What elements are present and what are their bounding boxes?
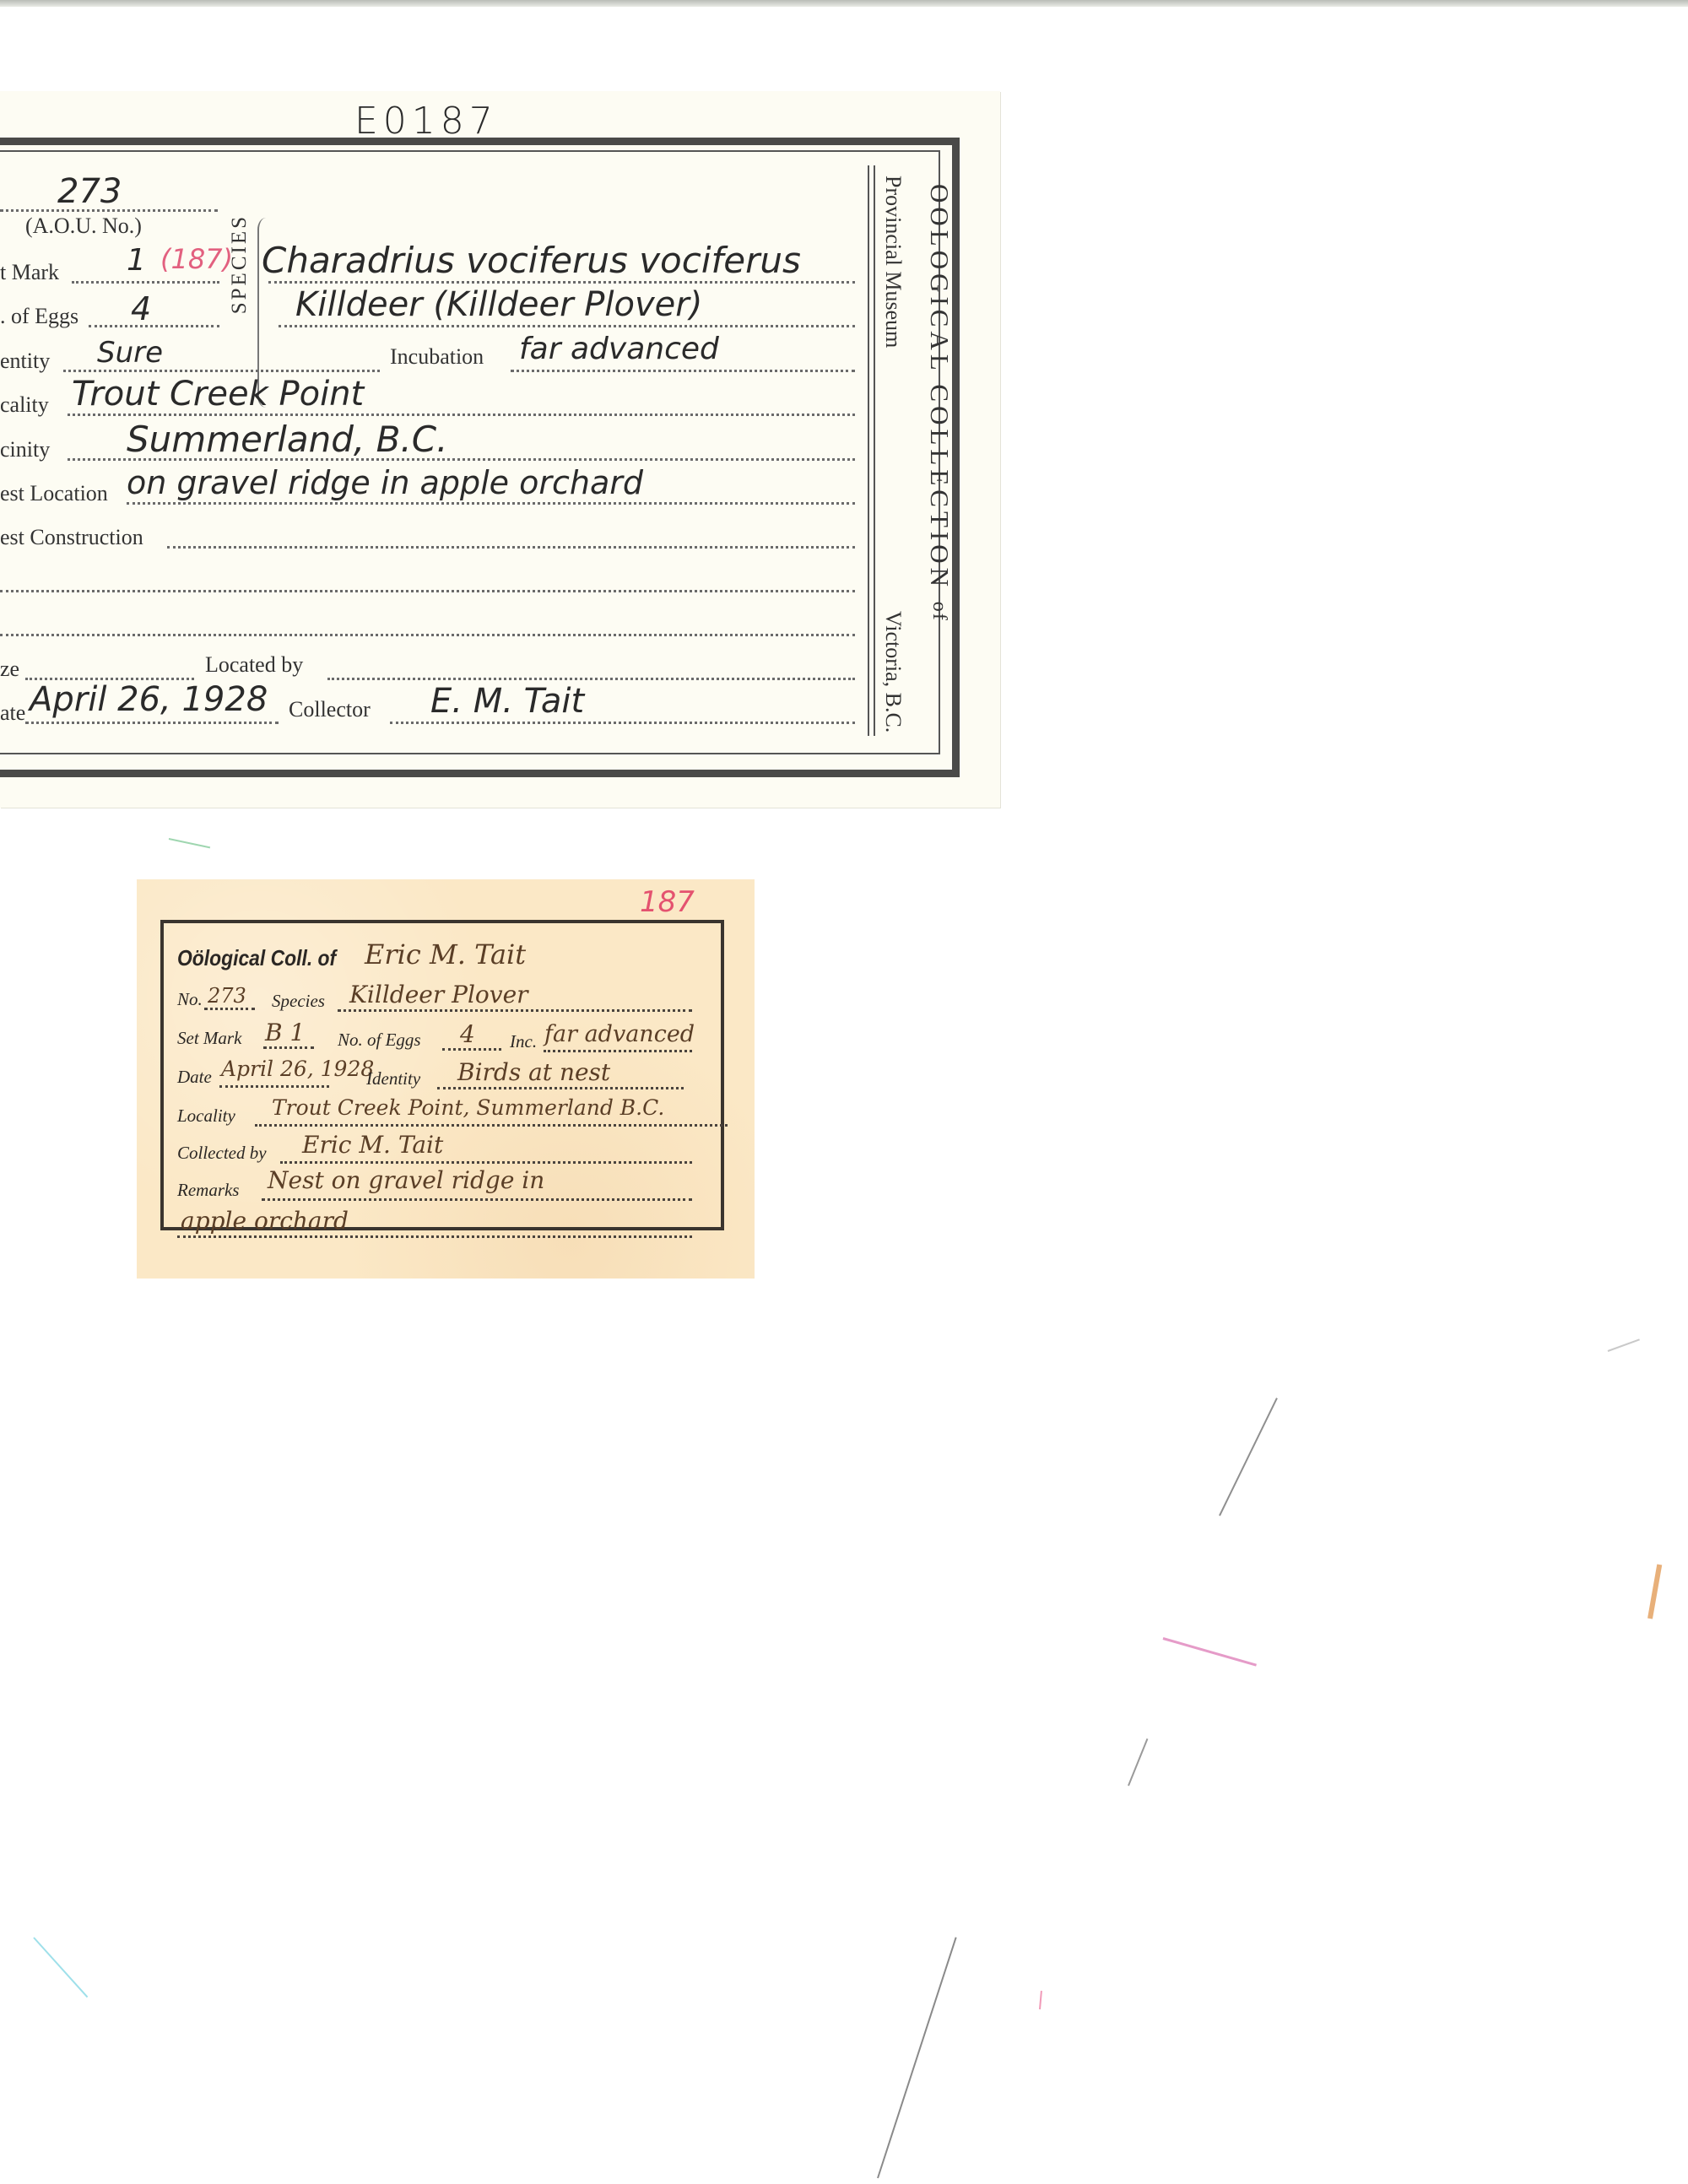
- owner-name: Eric M. Tait: [365, 938, 526, 970]
- remarks-label: Remarks: [177, 1180, 239, 1201]
- no-label: No.: [177, 989, 203, 1010]
- species-scientific: Charadrius vociferus vociferus: [262, 240, 801, 281]
- locality-label: cality: [0, 392, 49, 418]
- collected-by-label: Collected by: [177, 1143, 267, 1164]
- collection-title-of: of: [928, 602, 950, 622]
- identity-label: Identity: [366, 1068, 420, 1089]
- eggs-line: [89, 325, 219, 327]
- remarks-line-1: [262, 1198, 692, 1201]
- card-title: Oölogical Coll. of: [177, 945, 336, 971]
- identity-label: entity: [0, 349, 50, 374]
- scan-mark-orange: [1647, 1564, 1662, 1619]
- incubation-label: Inc.: [510, 1031, 537, 1052]
- incubation-value: far advanced: [544, 1021, 695, 1047]
- set-mark-label: Set Mark: [177, 1028, 241, 1049]
- collected-by-line: [280, 1161, 692, 1164]
- locality-line: [68, 414, 855, 416]
- set-mark-line: [263, 1046, 314, 1049]
- scan-mark-pink-2: [1039, 1991, 1042, 2009]
- locality-label: Locality: [177, 1106, 235, 1127]
- incubation-line: [511, 370, 855, 372]
- set-mark-value: 1: [127, 243, 146, 278]
- eggs-value: 4: [460, 1020, 475, 1048]
- nest-construction-label: est Construction: [0, 525, 143, 550]
- private-collection-card: 187 Oölogical Coll. of Eric M. Tait No. …: [137, 879, 755, 1279]
- scan-mark-green: [169, 838, 210, 848]
- collected-by-value: Eric M. Tait: [302, 1131, 443, 1159]
- set-mark-value: B 1: [265, 1019, 305, 1046]
- aou-label: (A.O.U. No.): [25, 214, 142, 239]
- set-mark-annotation: (187): [160, 243, 233, 275]
- size-label: ze: [0, 657, 19, 682]
- collector-label: Collector: [289, 697, 371, 722]
- scan-mark-gray-2: [1608, 1338, 1640, 1352]
- identity-value: Birds at nest: [457, 1058, 610, 1086]
- aou-value: 273: [57, 172, 122, 211]
- date-label: ate: [0, 700, 25, 726]
- scan-mark-gray-3: [1128, 1738, 1148, 1786]
- incubation-value: far advanced: [519, 332, 719, 366]
- species-value: Killdeer Plover: [349, 981, 528, 1008]
- vicinity-value: Summerland, B.C.: [127, 419, 447, 460]
- species-label: Species: [272, 991, 325, 1012]
- nest-location-value: on gravel ridge in apple orchard: [127, 464, 643, 501]
- locality-value: Trout Creek Point: [72, 375, 364, 414]
- incubation-line: [544, 1050, 692, 1052]
- museum-location: Victoria, B.C.: [880, 611, 906, 733]
- species-line-1: [268, 281, 855, 284]
- remarks-line-2: [177, 1235, 692, 1238]
- date-value: April 26, 1928: [221, 1057, 374, 1081]
- incubation-label: Incubation: [390, 344, 484, 370]
- remarks-value-1: Nest on gravel ridge in: [268, 1166, 544, 1194]
- scan-mark-cyan: [33, 1937, 88, 1997]
- museum-subtitle: Provincial Museum Victoria, B.C.: [880, 176, 906, 733]
- date-value: April 26, 1928: [30, 680, 268, 719]
- side-divider: [868, 165, 875, 736]
- no-line: [204, 1008, 255, 1010]
- scan-mark-gray-1: [1219, 1397, 1278, 1516]
- locality-value: Trout Creek Point, Summerland B.C.: [272, 1095, 664, 1120]
- collector-line: [390, 722, 855, 724]
- species-line-2: [279, 325, 855, 327]
- identity-line: [63, 370, 380, 372]
- species-line: [338, 1009, 692, 1012]
- nest-location-line: [127, 502, 855, 505]
- eggs-value: 4: [131, 290, 151, 327]
- identity-line: [437, 1087, 684, 1089]
- set-mark-label: t Mark: [0, 260, 59, 285]
- collection-title: OOLOGICAL COLLECTION of: [924, 184, 955, 622]
- eggs-label: . of Eggs: [0, 304, 78, 329]
- set-mark-line: [72, 281, 219, 284]
- blank-line-2: [0, 634, 855, 636]
- eggs-line: [442, 1048, 501, 1051]
- blank-line-1: [0, 590, 855, 592]
- remarks-value-2: apple orchard: [181, 1207, 349, 1235]
- scan-mark-pink: [1163, 1637, 1257, 1667]
- date-label: Date: [177, 1067, 212, 1088]
- collector-value: E. M. Tait: [430, 682, 584, 721]
- museum-record-card: E0187 OOLOGICAL COLLECTION of Provincial…: [0, 91, 1000, 808]
- collection-title-text: OOLOGICAL COLLECTION: [925, 184, 955, 591]
- scanner-edge: [0, 0, 1688, 7]
- locality-line: [255, 1124, 728, 1127]
- scan-mark-gray-4: [877, 1937, 957, 2178]
- date-line: [25, 722, 279, 724]
- identity-value: Sure: [97, 336, 163, 370]
- catalog-annotation: 187: [640, 885, 695, 919]
- nest-construction-line: [167, 546, 855, 549]
- species-common: Killdeer (Killdeer Plover): [295, 285, 702, 324]
- vicinity-label: cinity: [0, 437, 50, 462]
- species-label: SPECIES: [228, 214, 252, 314]
- located-by-line: [327, 678, 855, 680]
- accession-number: E0187: [354, 100, 498, 143]
- eggs-label: No. of Eggs: [338, 1030, 421, 1051]
- located-by-label: Located by: [205, 652, 303, 678]
- no-value: 273: [208, 984, 246, 1008]
- date-line: [219, 1085, 329, 1088]
- nest-location-label: est Location: [0, 481, 108, 506]
- museum-name: Provincial Museum: [880, 176, 906, 348]
